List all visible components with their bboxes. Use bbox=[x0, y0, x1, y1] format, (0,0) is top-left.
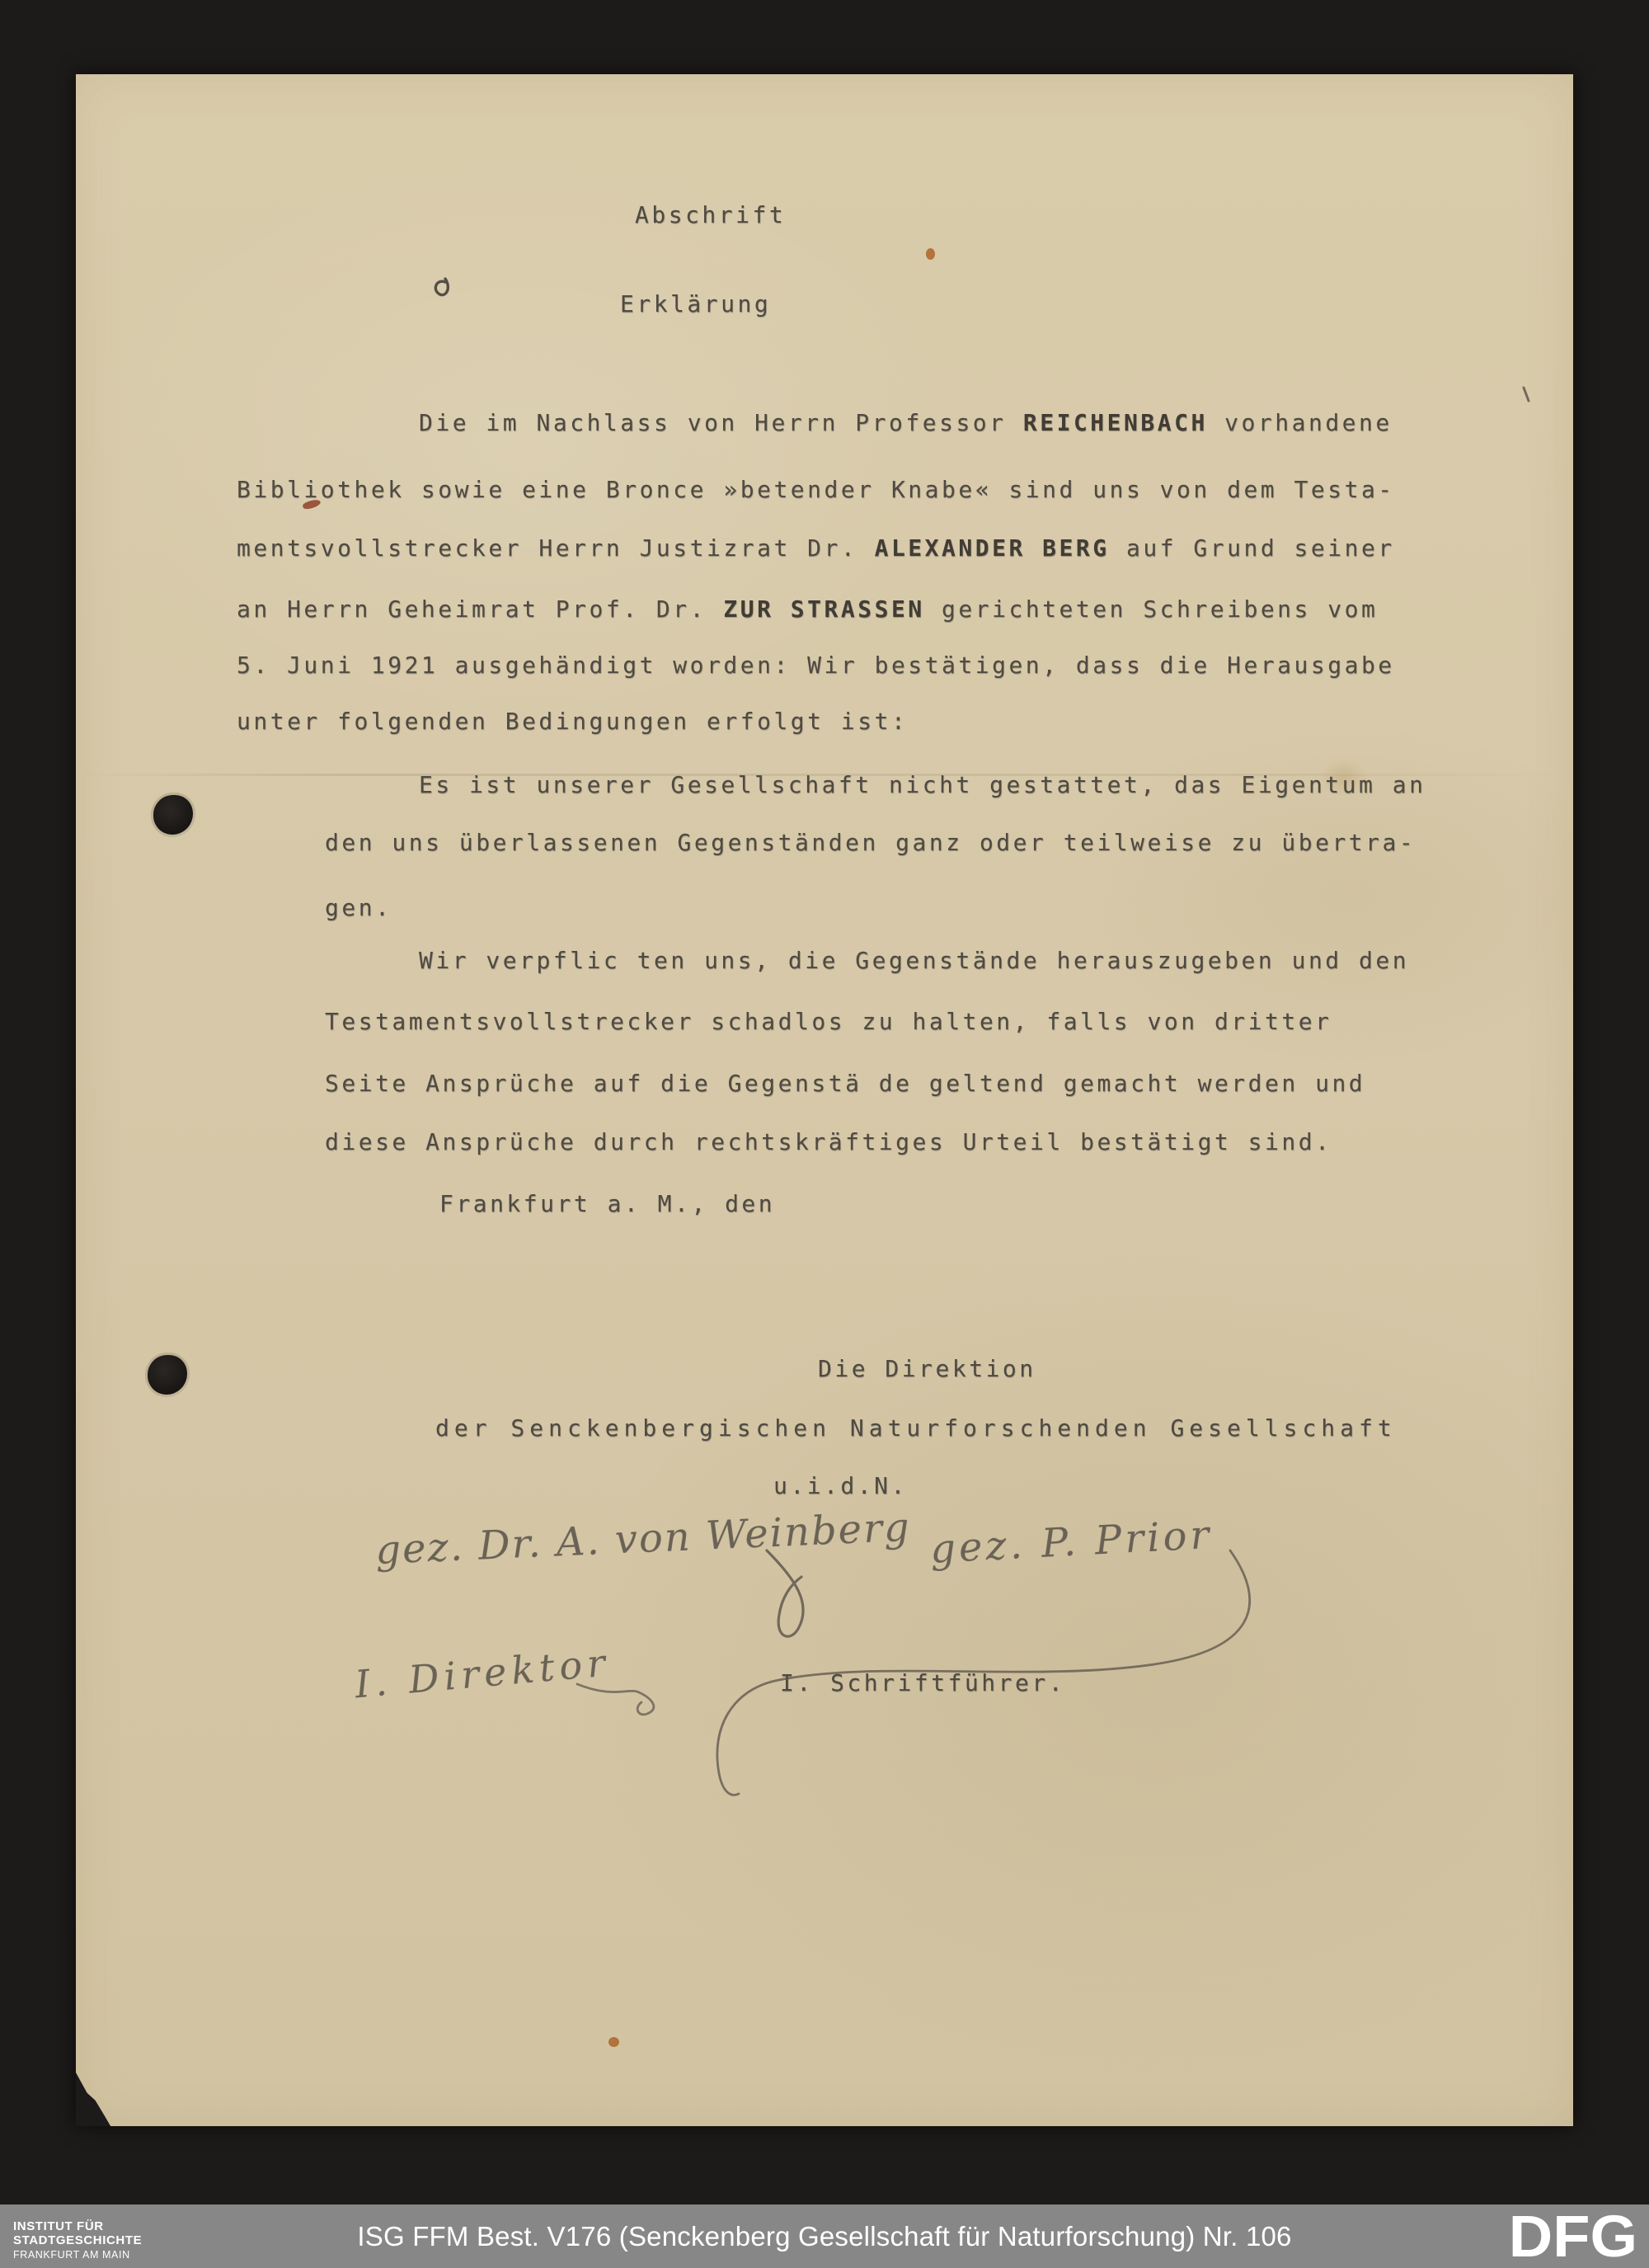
line-text: Wir verpflic ten uns, die Gegenstände he… bbox=[419, 947, 1409, 974]
typewritten-line: Testamentsvollstrecker schadlos zu halte… bbox=[325, 1008, 1332, 1036]
line-text: 5. Juni 1921 ausgehändigt worden: Wir be… bbox=[237, 652, 1395, 679]
archive-reference-text: ISG FFM Best. V176 (Senckenberg Gesellsc… bbox=[0, 2204, 1649, 2268]
scanned-document-page: { "scan": { "background_color": "#1d1b19… bbox=[0, 0, 1649, 2268]
typewritten-line: mentsvollstrecker Herrn Justizrat Dr. AL… bbox=[237, 534, 1395, 562]
typewritten-line: Seite Ansprüche auf die Gegenstä de gelt… bbox=[325, 1070, 1365, 1098]
typewritten-line: den uns überlassenen Gegenständen ganz o… bbox=[325, 829, 1416, 857]
signature-role-schriftfuehrer: I. Schriftführer. bbox=[780, 1669, 1065, 1697]
line-text: gen. bbox=[325, 894, 392, 921]
line-text: den uns überlassenen Gegenständen ganz o… bbox=[325, 829, 1416, 856]
dfg-logo: DFG bbox=[1509, 2204, 1637, 2266]
typewritten-line: Die im Nachlass von Herrn Professor REIC… bbox=[419, 409, 1393, 437]
line-text: mentsvollstrecker Herrn Justizrat Dr. bbox=[237, 534, 875, 562]
typewritten-line: 5. Juni 1921 ausgehändigt worden: Wir be… bbox=[237, 652, 1395, 680]
closing-gesellschaft-line: der Senckenbergischen Naturforschenden G… bbox=[435, 1414, 1397, 1442]
paper-sheet bbox=[76, 74, 1573, 2126]
closing-direktion-line: Die Direktion bbox=[818, 1355, 1036, 1383]
typewritten-line: an Herrn Geheimrat Prof. Dr. ZUR STRASSE… bbox=[237, 595, 1378, 623]
line-text: Seite Ansprüche auf die Gegenstä de gelt… bbox=[325, 1070, 1365, 1097]
line-text: auf Grund seiner bbox=[1110, 534, 1395, 562]
typewritten-line: Wir verpflic ten uns, die Gegenstände he… bbox=[419, 947, 1409, 975]
line-text: diese Ansprüche durch rechtskräftiges Ur… bbox=[325, 1128, 1332, 1155]
line-text: Die im Nachlass von Herrn Professor bbox=[419, 409, 1023, 436]
typewritten-line: diese Ansprüche durch rechtskräftiges Ur… bbox=[325, 1128, 1332, 1156]
line-text: unter folgenden Bedingungen erfolgt ist: bbox=[237, 708, 908, 735]
line-text: an Herrn Geheimrat Prof. Dr. bbox=[237, 595, 723, 623]
line-text: vorhandene bbox=[1208, 409, 1393, 436]
emphasized-name: REICHENBACH bbox=[1023, 409, 1208, 436]
typewritten-line: Frankfurt a. M., den bbox=[439, 1190, 775, 1218]
line-text: Bibliothek sowie eine Bronce »betender K… bbox=[237, 476, 1395, 503]
typewritten-line: unter folgenden Bedingungen erfolgt ist: bbox=[237, 708, 908, 736]
document-subheading: Erklärung bbox=[620, 290, 771, 318]
line-text: Testamentsvollstrecker schadlos zu halte… bbox=[325, 1008, 1332, 1035]
typewritten-line: Bibliothek sowie eine Bronce »betender K… bbox=[237, 476, 1395, 504]
paper-stain bbox=[608, 2037, 619, 2047]
emphasized-name: ALEXANDER BERG bbox=[875, 534, 1110, 562]
line-text: Frankfurt a. M., den bbox=[439, 1190, 775, 1217]
line-text: Es ist unserer Gesellschaft nicht gestat… bbox=[419, 771, 1426, 798]
typewritten-line: gen. bbox=[325, 894, 392, 922]
archive-info-bar: INSTITUT FÜR STADTGESCHICHTE FRANKFURT A… bbox=[0, 2204, 1649, 2268]
closing-uidn-line: u.i.d.N. bbox=[773, 1472, 908, 1500]
document-heading: Abschrift bbox=[635, 201, 786, 229]
typewritten-line: Es ist unserer Gesellschaft nicht gestat… bbox=[419, 771, 1426, 799]
line-text: gerichteten Schreibens vom bbox=[925, 595, 1379, 623]
paper-stain bbox=[926, 248, 935, 260]
emphasized-name: ZUR STRASSEN bbox=[723, 595, 924, 623]
